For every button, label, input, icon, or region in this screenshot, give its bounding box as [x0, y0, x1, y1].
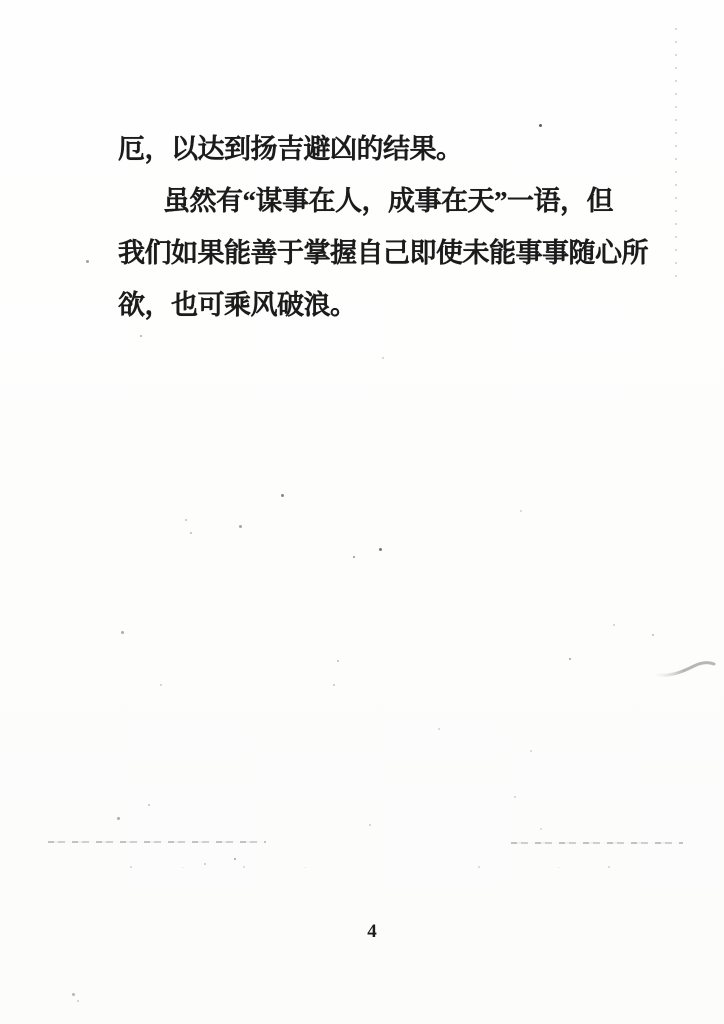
- scan-speck: [438, 728, 440, 730]
- scan-speck: [204, 863, 206, 865]
- scan-artifact-curve: [656, 657, 716, 681]
- scan-speck: [182, 867, 183, 868]
- scan-speck: [514, 796, 516, 798]
- scan-speck: [333, 684, 335, 686]
- scan-speck: [130, 866, 132, 868]
- scan-speck: [190, 532, 192, 534]
- scan-speck: [117, 817, 120, 820]
- scan-speck: [86, 260, 89, 263]
- scan-speck: [239, 525, 242, 528]
- scan-speck: [530, 750, 532, 752]
- scan-speck: [382, 357, 384, 359]
- scan-speck: [652, 634, 654, 636]
- scan-speck: [234, 858, 236, 860]
- page-number: 4: [358, 921, 386, 943]
- scan-speck: [540, 828, 542, 830]
- scan-artifact-dashed-line: [48, 841, 266, 843]
- scanned-page: 厄，以达到扬吉避凶的结果。 虽然有“谋事在人，成事在天”一语，但 我们如果能善于…: [0, 0, 724, 1024]
- scan-artifact-dashed-line: [511, 842, 683, 844]
- scan-speck: [569, 658, 571, 660]
- scan-speck: [77, 1000, 79, 1002]
- scan-speck: [558, 867, 559, 868]
- scan-speck: [72, 993, 75, 996]
- scan-speck: [160, 684, 162, 686]
- scan-speck: [148, 804, 150, 806]
- scan-speck: [185, 519, 187, 521]
- scan-speck: [281, 494, 284, 497]
- scan-speck: [608, 866, 610, 868]
- scan-speck: [243, 866, 245, 868]
- text-line: 我们如果能善于掌握自己即使未能事事随心所: [118, 237, 648, 269]
- scan-speck: [520, 510, 522, 512]
- scan-artifact-vertical-dots: [675, 28, 677, 283]
- scan-speck: [539, 124, 542, 127]
- scan-speck: [369, 824, 371, 826]
- scan-speck: [121, 631, 124, 634]
- scan-speck: [337, 660, 339, 662]
- text-line: 厄，以达到扬吉避凶的结果。: [118, 133, 463, 165]
- scan-speck: [140, 335, 142, 337]
- text-line: 欲，也可乘风破浪。: [118, 289, 357, 321]
- scan-speck: [478, 866, 480, 868]
- text-line: 虽然有“谋事在人，成事在天”一语，但: [163, 185, 613, 217]
- scan-speck: [379, 548, 382, 551]
- scan-speck: [353, 556, 355, 558]
- scan-speck: [613, 624, 615, 626]
- scan-speck: [305, 867, 306, 868]
